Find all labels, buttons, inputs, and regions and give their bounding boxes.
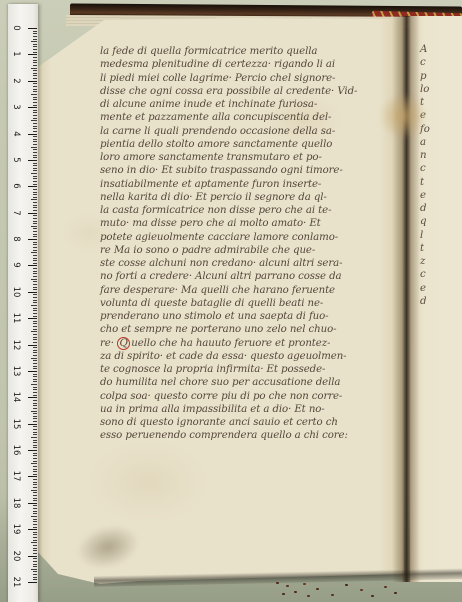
manuscript-line: re· Quello che ha hauuto feruore et pron… — [100, 337, 400, 350]
ruler-tick — [33, 97, 37, 98]
ruler-tick — [33, 334, 37, 335]
ruler-tick — [31, 120, 37, 121]
ruler-tick — [33, 139, 37, 140]
ruler-tick — [31, 331, 37, 332]
ruler-tick — [33, 163, 37, 164]
ruler-number: 11 — [11, 310, 21, 326]
ruler-tick — [33, 192, 37, 193]
manuscript-line: za di spirito· et cade da essa· questo a… — [100, 350, 400, 363]
manuscript-line: esso peruenendo comprendera quello a chi… — [100, 429, 400, 442]
ruler-tick — [33, 434, 37, 435]
ruler-tick — [33, 426, 37, 427]
ruler-tick — [33, 418, 37, 419]
ruler-tick — [33, 408, 37, 409]
ruler-tick — [33, 75, 37, 76]
ruler-tick — [33, 447, 37, 448]
ruler-tick — [33, 389, 37, 390]
manuscript-line: ste cosse alchuni non credano· alcuni al… — [100, 257, 400, 270]
manuscript-line: te cognosce la propria infirmita· Et pos… — [100, 363, 400, 376]
ruler-tick — [33, 329, 37, 330]
ruler-tick — [33, 57, 37, 58]
manuscript-line: disse che ogni cossa era possibile al cr… — [100, 85, 400, 98]
manuscript-line: la casta formicatrice non disse pero che… — [100, 204, 400, 217]
ruler-tick — [33, 170, 37, 171]
ruler-tick — [33, 210, 37, 211]
ruler-tick — [33, 524, 37, 525]
ruler-tick — [33, 86, 37, 87]
facing-page-line: t — [420, 242, 430, 255]
ruler-tick — [33, 519, 37, 520]
ruler-tick — [33, 537, 37, 538]
ruler-tick — [33, 168, 37, 169]
ruler-tick — [33, 202, 37, 203]
ruler-number: 20 — [11, 548, 21, 564]
ruler-tick — [33, 294, 37, 295]
ruler-tick — [33, 242, 37, 243]
ruler-tick — [33, 297, 37, 298]
ruler-tick — [33, 342, 37, 343]
ruler-tick — [33, 574, 37, 575]
ruler-number: 0 — [11, 20, 21, 36]
ruler-tick — [33, 46, 37, 47]
facing-page-line: t — [420, 176, 430, 189]
ruler-tick — [33, 276, 37, 277]
manuscript-line: pientia dello stolto amore sanctamente q… — [100, 138, 400, 151]
ruler-tick — [33, 550, 37, 551]
manuscript-line: sono di questo ignorante anci sauio et c… — [100, 416, 400, 429]
manuscript-line: potete agieuolmente cacciare lamore conl… — [100, 231, 400, 244]
ruler-tick — [33, 482, 37, 483]
ruler-tick — [33, 440, 37, 441]
manuscript-line: cho et sempre ne porterano uno zelo nel … — [100, 323, 400, 336]
ruler-tick — [33, 247, 37, 248]
facing-page-line: c — [420, 56, 430, 69]
ruler-tick — [33, 505, 37, 506]
ruler-tick — [28, 318, 37, 319]
ruler-tick — [31, 463, 37, 464]
ruler-tick — [33, 260, 37, 261]
ruler-tick — [33, 215, 37, 216]
ruler-tick — [33, 281, 37, 282]
ruler-number: 19 — [11, 521, 21, 537]
ruler-tick — [33, 176, 37, 177]
ruler-tick — [28, 450, 37, 451]
ruler-tick — [33, 78, 37, 79]
manuscript-line: volunta di queste bataglie di quelli bea… — [100, 297, 400, 310]
ruler-tick — [33, 374, 37, 375]
ruler-tick — [31, 173, 37, 174]
ruler-tick — [33, 392, 37, 393]
ruler-tick — [33, 323, 37, 324]
ruler-number: 8 — [11, 231, 21, 247]
manuscript-line: ua in prima alla impassibilita et a dio·… — [100, 403, 400, 416]
ruler-tick — [28, 556, 37, 557]
ruler-tick — [33, 181, 37, 182]
stain — [380, 92, 426, 140]
ruler-number: 2 — [11, 73, 21, 89]
manuscript-line: do humilita nel chore suo per accusation… — [100, 376, 400, 389]
ruler-tick — [28, 186, 37, 187]
ruler-tick — [33, 429, 37, 430]
ruler-tick — [33, 287, 37, 288]
ruler-tick — [33, 126, 37, 127]
ruler-tick — [33, 511, 37, 512]
ruler-tick — [33, 302, 37, 303]
manuscript-page: la fede di quella formicatrice merito qu… — [38, 18, 404, 584]
facing-page-line: lo — [420, 83, 430, 96]
ruler-tick — [33, 561, 37, 562]
ruler-tick — [33, 131, 37, 132]
ruler-tick — [33, 33, 37, 34]
ruler-tick — [31, 411, 37, 412]
ruler-number: 9 — [11, 257, 21, 273]
ruler-tick — [33, 442, 37, 443]
ruler-tick — [33, 527, 37, 528]
ruler-tick — [33, 52, 37, 53]
ruler-tick — [28, 292, 37, 293]
ruler-tick — [33, 487, 37, 488]
ruler-tick — [28, 476, 37, 477]
ruler-tick — [33, 381, 37, 382]
ruler-tick — [33, 571, 37, 572]
manuscript-line: nella karita di dio· Et percio il segnor… — [100, 191, 400, 204]
ruler-tick — [33, 49, 37, 50]
ruler-number: 13 — [11, 363, 21, 379]
ruler-tick — [33, 152, 37, 153]
text-block: la fede di quella formicatrice merito qu… — [100, 45, 400, 443]
ruler-tick — [33, 110, 37, 111]
ruler-tick — [33, 368, 37, 369]
manuscript-line: colpa soa· questo corre piu di po che no… — [100, 390, 400, 403]
manuscript-line: insatiabilmente et aptamente furon inser… — [100, 178, 400, 191]
ruler-tick — [33, 453, 37, 454]
manuscript-line: loro amore sanctamente transmutaro et po… — [100, 151, 400, 164]
ruler-tick — [33, 271, 37, 272]
ruler-tick — [31, 199, 37, 200]
ruler-tick — [33, 553, 37, 554]
facing-page-line: A — [420, 43, 430, 56]
facing-page-line: q — [420, 215, 430, 228]
ruler-tick — [31, 305, 37, 306]
facing-page-line: d — [420, 295, 430, 308]
ruler-tick — [33, 376, 37, 377]
ruler-number: 5 — [11, 152, 21, 168]
ruler-tick — [33, 326, 37, 327]
ruler-tick — [33, 83, 37, 84]
rubricated-initial: Q — [117, 337, 130, 350]
ruler-tick — [31, 94, 37, 95]
ruler-number: 7 — [11, 205, 21, 221]
ruler-number: 21 — [11, 574, 21, 590]
ruler-tick — [33, 363, 37, 364]
ruler-tick — [33, 455, 37, 456]
ruler-tick — [28, 503, 37, 504]
ruler-tick — [33, 31, 37, 32]
ruler-tick — [28, 54, 37, 55]
ruler-tick — [31, 279, 37, 280]
ruler-tick — [33, 403, 37, 404]
manuscript-line: li piedi miei colle lagrime· Percio chel… — [100, 72, 400, 85]
ruler-tick — [33, 236, 37, 237]
ruler-tick — [31, 226, 37, 227]
ruler-tick — [33, 218, 37, 219]
ruler-tick — [33, 484, 37, 485]
ruler-tick — [28, 160, 37, 161]
ruler-tick — [33, 112, 37, 113]
manuscript-line: muto· ma disse pero che ai molto amato· … — [100, 217, 400, 230]
facing-page-line: a — [420, 136, 430, 149]
ruler-tick — [33, 123, 37, 124]
ruler-number: 3 — [11, 99, 21, 115]
manuscript-line: di alcune anime inude et inchinate furio… — [100, 98, 400, 111]
ruler-tick — [33, 165, 37, 166]
ruler-tick — [33, 400, 37, 401]
ruler-tick — [33, 466, 37, 467]
ruler-tick — [33, 360, 37, 361]
manuscript-line: prenderano uno stimolo et una saepta di … — [100, 310, 400, 323]
facing-page-text: Acplotefoanctedqltzced — [420, 43, 430, 308]
ruler-tick — [33, 149, 37, 150]
ruler-tick — [33, 474, 37, 475]
ruler-tick — [33, 70, 37, 71]
ruler-tick — [33, 577, 37, 578]
ruler-tick — [33, 337, 37, 338]
ruler-number: 14 — [11, 389, 21, 405]
ruler-tick — [33, 564, 37, 565]
facing-page-line: d — [420, 202, 430, 215]
manuscript-line: no forti a credere· Alcuni altri parrano… — [100, 270, 400, 283]
ruler-tick — [33, 558, 37, 559]
ruler: 0123456789101112131415161718192021 — [8, 4, 38, 602]
ruler-tick — [33, 479, 37, 480]
ruler-tick — [33, 579, 37, 580]
ruler-tick — [33, 189, 37, 190]
ruler-number: 10 — [11, 284, 21, 300]
manuscript-line: seno in dio· Et subito traspassando ogni… — [100, 164, 400, 177]
ruler-tick — [33, 521, 37, 522]
facing-page-line: p — [420, 70, 430, 83]
ruler-tick — [33, 234, 37, 235]
ruler-tick — [33, 492, 37, 493]
ruler-tick — [33, 62, 37, 63]
ruler-tick — [33, 566, 37, 567]
ruler-number: 4 — [11, 126, 21, 142]
ruler-tick — [33, 534, 37, 535]
ruler-tick — [28, 265, 37, 266]
ruler-number: 18 — [11, 495, 21, 511]
ruler-tick — [33, 313, 37, 314]
ruler-tick — [28, 529, 37, 530]
ruler-tick — [28, 213, 37, 214]
ruler-tick — [33, 498, 37, 499]
ruler-tick — [33, 545, 37, 546]
facing-page-line: z — [420, 255, 430, 268]
ruler-tick — [33, 205, 37, 206]
ruler-tick — [33, 289, 37, 290]
ruler-tick — [33, 89, 37, 90]
ruler-tick — [33, 197, 37, 198]
ruler-tick — [31, 41, 37, 42]
ruler-number: 6 — [11, 178, 21, 194]
ruler-tick — [33, 379, 37, 380]
ruler-tick — [33, 39, 37, 40]
ruler-tick — [33, 445, 37, 446]
ruler-number: 17 — [11, 468, 21, 484]
ruler-tick — [31, 437, 37, 438]
ruler-tick — [33, 60, 37, 61]
ruler-tick — [33, 250, 37, 251]
facing-page-line: n — [420, 149, 430, 162]
ruler-tick — [33, 115, 37, 116]
ruler-tick — [33, 228, 37, 229]
ruler-tick — [33, 508, 37, 509]
ruler-tick — [28, 424, 37, 425]
ruler-tick — [31, 68, 37, 69]
ruler-tick — [33, 366, 37, 367]
ruler-number: 12 — [11, 337, 21, 353]
ruler-tick — [33, 469, 37, 470]
ruler-tick — [33, 284, 37, 285]
ruler-tick — [33, 207, 37, 208]
ruler-tick — [28, 81, 37, 82]
ruler-tick — [28, 345, 37, 346]
ruler-tick — [31, 358, 37, 359]
ruler-tick — [33, 91, 37, 92]
ruler-tick — [33, 432, 37, 433]
ruler-tick — [33, 36, 37, 37]
ruler-tick — [33, 194, 37, 195]
facing-page-line: c — [420, 162, 430, 175]
ruler-number: 15 — [11, 416, 21, 432]
ruler-tick — [31, 384, 37, 385]
ruler-tick — [33, 128, 37, 129]
ruler-tick — [33, 350, 37, 351]
ruler-tick — [33, 273, 37, 274]
ruler-tick — [28, 582, 37, 583]
ruler-tick — [33, 73, 37, 74]
ruler-tick — [33, 540, 37, 541]
ruler-tick — [33, 513, 37, 514]
manuscript-line: la fede di quella formicatrice merito qu… — [100, 45, 400, 58]
ruler-tick — [33, 102, 37, 103]
ruler-tick — [33, 461, 37, 462]
ruler-tick — [33, 355, 37, 356]
ruler-tick — [33, 268, 37, 269]
debris-specks — [276, 582, 279, 584]
ruler-tick — [33, 347, 37, 348]
manuscript-line: fare desperare· Ma quelli che harano fer… — [100, 284, 400, 297]
ruler-tick — [33, 44, 37, 45]
ruler-tick — [33, 316, 37, 317]
ruler-tick — [33, 231, 37, 232]
ruler-tick — [33, 244, 37, 245]
ruler-tick — [31, 542, 37, 543]
ruler-tick — [33, 144, 37, 145]
ruler-tick — [33, 421, 37, 422]
ruler-tick — [33, 308, 37, 309]
ruler-tick — [28, 107, 37, 108]
ruler-tick — [33, 99, 37, 100]
ruler-tick — [33, 65, 37, 66]
manuscript-photo: Acplotefoanctedqltzced la fede di quella… — [0, 0, 462, 602]
ruler-tick — [33, 157, 37, 158]
ruler-tick — [33, 339, 37, 340]
ruler-tick — [33, 310, 37, 311]
ruler-tick — [33, 495, 37, 496]
ruler-tick — [33, 155, 37, 156]
ruler-tick — [33, 105, 37, 106]
ruler-tick — [33, 258, 37, 259]
ruler-tick — [33, 532, 37, 533]
ruler-tick — [31, 252, 37, 253]
facing-page-line: e — [420, 282, 430, 295]
ruler-tick — [33, 416, 37, 417]
ruler-tick — [33, 352, 37, 353]
ruler-tick — [33, 387, 37, 388]
ruler-number: 1 — [11, 46, 21, 62]
ruler-tick — [33, 263, 37, 264]
ruler-tick — [33, 118, 37, 119]
ruler-tick — [33, 255, 37, 256]
ruler-tick — [33, 136, 37, 137]
manuscript-line: medesma plenitudine di certezza· rigando… — [100, 58, 400, 71]
ruler-tick — [31, 516, 37, 517]
ruler-tick — [33, 413, 37, 414]
facing-page-line: e — [420, 189, 430, 202]
ruler-tick — [33, 184, 37, 185]
ruler-tick — [33, 321, 37, 322]
facing-page-line: c — [420, 268, 430, 281]
ruler-tick — [28, 28, 37, 29]
ruler-tick — [33, 141, 37, 142]
ruler-tick — [28, 239, 37, 240]
facing-page-line: l — [420, 229, 430, 242]
ruler-tick — [33, 471, 37, 472]
manuscript-line: mente et pazzamente alla concupiscentia … — [100, 111, 400, 124]
ruler-tick — [33, 405, 37, 406]
ruler-tick — [31, 490, 37, 491]
ruler-tick — [31, 569, 37, 570]
ruler-tick — [33, 458, 37, 459]
ruler-tick — [28, 397, 37, 398]
ruler-tick — [31, 147, 37, 148]
ruler-tick — [33, 178, 37, 179]
ruler-tick — [33, 300, 37, 301]
ruler-tick — [33, 221, 37, 222]
ruler-tick — [28, 134, 37, 135]
ruler-tick — [28, 371, 37, 372]
manuscript-line: la carne li quali prendendo occasione de… — [100, 125, 400, 138]
ruler-tick — [33, 500, 37, 501]
ruler-tick — [33, 223, 37, 224]
manuscript-line: re Ma io sono o padre admirabile che que… — [100, 244, 400, 257]
ruler-tick — [33, 548, 37, 549]
ruler-number: 16 — [11, 442, 21, 458]
ruler-tick — [33, 395, 37, 396]
